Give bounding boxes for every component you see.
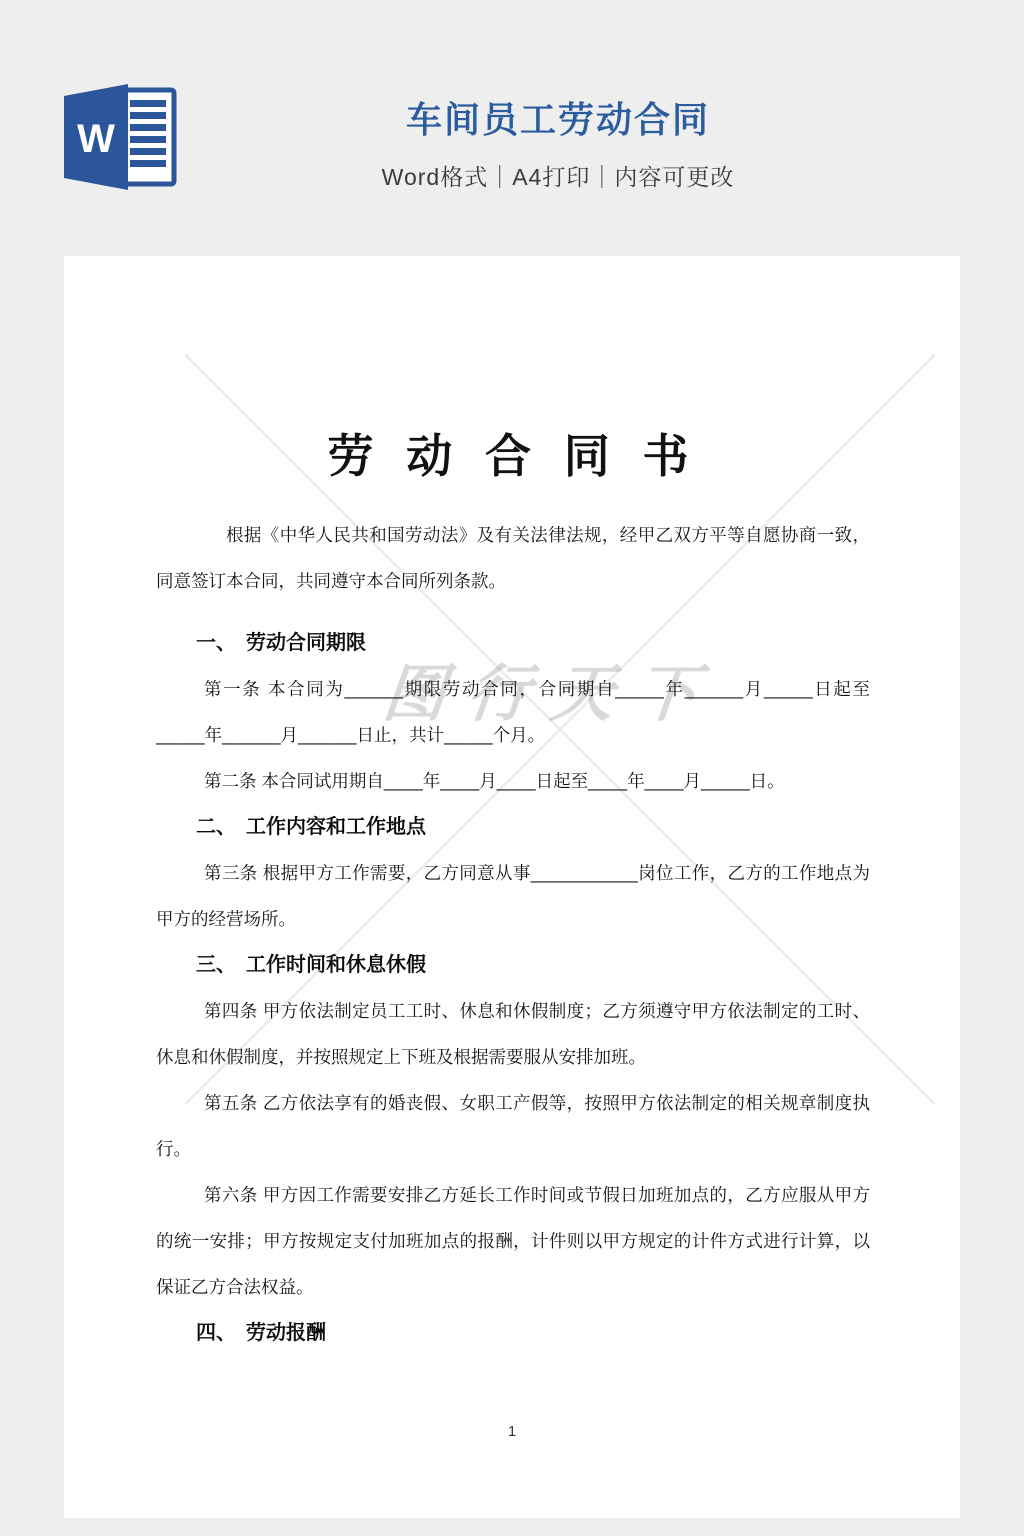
intro-paragraph: 根据《中华人民共和国劳动法》及有关法律法规，经甲乙双方平等自愿协商一致，同意签订… [156,512,870,604]
template-subtitle: Word格式｜A4打印｜内容可更改 [92,159,1024,192]
clause-paragraph-5: 第五条 乙方依法享有的婚丧假、女职工产假等，按照甲方依法制定的相关规章制度执行。 [156,1080,870,1172]
clause-paragraph-1: 第一条 本合同为______期限劳动合同，合同期自_____年______月__… [156,666,870,758]
page-number: 1 [64,1423,960,1440]
clause-paragraph-4: 第四条 甲方依法制定员工工时、休息和休假制度；乙方须遵守甲方依法制定的工时、休息… [156,988,870,1080]
clause-paragraph-2: 第二条 本合同试用期自____年____月____日起至____年____月__… [156,758,870,804]
doc-title: 劳 动 合 同 书 [156,426,870,486]
section-heading-3: 三、 工作时间和休息休假 [156,942,870,988]
document-content: 劳 动 合 同 书 根据《中华人民共和国劳动法》及有关法律法规，经甲乙双方平等自… [64,256,960,1518]
section-heading-1: 一、 劳动合同期限 [156,620,870,666]
template-title: 车间员工劳动合同 [92,92,1024,143]
document-page: 图行天下 劳 动 合 同 书 根据《中华人民共和国劳动法》及有关法律法规，经甲乙… [64,256,960,1518]
clause-paragraph-3: 第三条 根据甲方工作需要，乙方同意从事___________岗位工作，乙方的工作… [156,850,870,942]
section-heading-4: 四、 劳动报酬 [156,1310,870,1356]
clause-paragraph-6: 第六条 甲方因工作需要安排乙方延长工作时间或节假日加班加点的，乙方应服从甲方的统… [156,1172,870,1310]
section-heading-2: 二、 工作内容和工作地点 [156,804,870,850]
template-header: W 车间员工劳动合同 Word格式｜A4打印｜内容可更改 [0,0,1024,256]
